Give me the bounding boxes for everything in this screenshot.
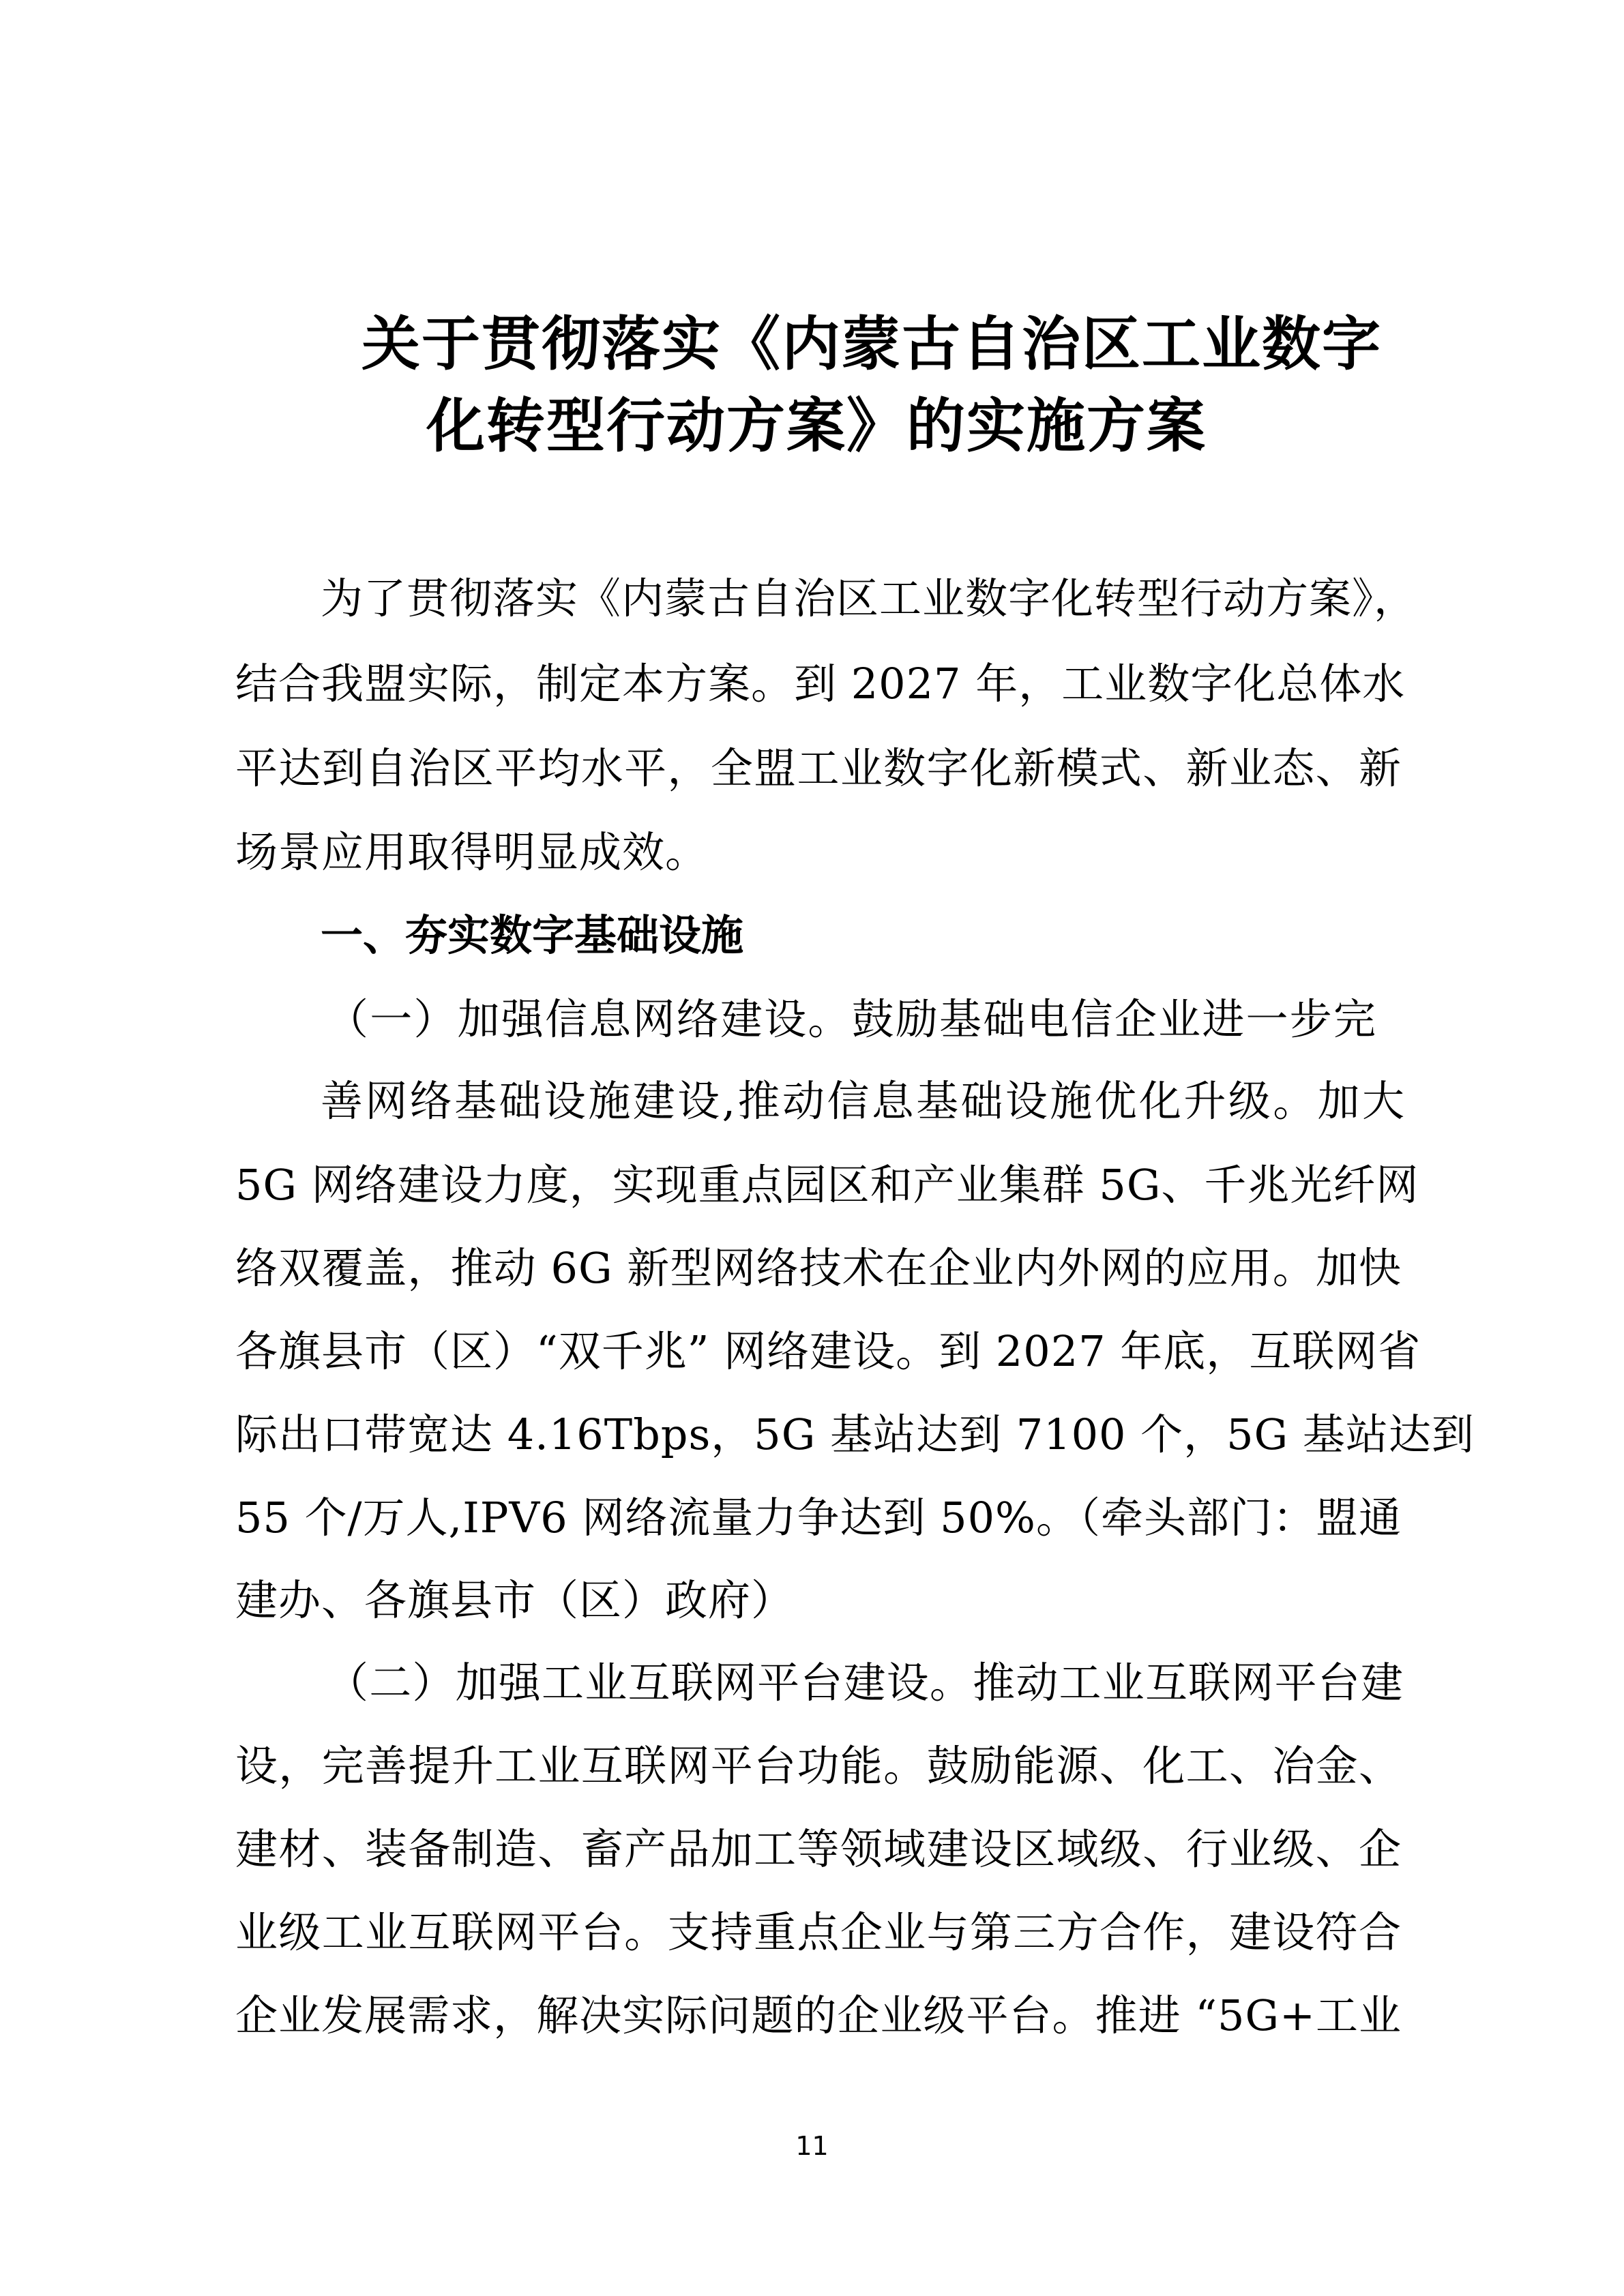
item2-line: （二）加强工业互联网平台建设。推动工业互联网平台建 xyxy=(326,1656,1404,1710)
document-title-line-2: 化转型行动方案》的实施方案 xyxy=(426,392,1207,460)
intro-line: 场景应用取得明显成效。 xyxy=(235,825,1402,880)
item1-line: 善网络基础设施建设,推动信息基础设施优化升级。加大 xyxy=(321,1074,1405,1129)
page-number: 11 xyxy=(0,2131,1624,2161)
item1-line: 5G 网络建设力度，实现重点园区和产业集群 5G、千兆光纤网 xyxy=(235,1158,1402,1212)
intro-line: 结合我盟实际，制定本方案。到 2027 年，工业数字化总体水 xyxy=(235,657,1402,711)
section-heading: 一、夯实数字基础设施 xyxy=(321,908,743,963)
item1-line: 各旗县市（区）“双千兆” 网络建设。到 2027 年底，互联网省 xyxy=(235,1324,1402,1379)
intro-line: 平达到自治区平均水平，全盟工业数字化新模式、新业态、新 xyxy=(235,741,1402,796)
item1-line: 际出口带宽达 4.16Tbps，5G 基站达到 7100 个，5G 基站达到 xyxy=(235,1407,1402,1462)
item2-line: 建材、装备制造、畜产品加工等领域建设区域级、行业级、企 xyxy=(235,1822,1402,1877)
item2-line: 企业发展需求，解决实际问题的企业级平台。推进 “5G+工业 xyxy=(235,1988,1402,2043)
item1-line: （一）加强信息网络建设。鼓励基础电信企业进一步完 xyxy=(326,992,1376,1047)
item1-line: 络双覆盖，推动 6G 新型网络技术在企业内外网的应用。加快 xyxy=(235,1241,1402,1296)
item2-line: 设，完善提升工业互联网平台功能。鼓励能源、化工、冶金、 xyxy=(235,1739,1402,1793)
item1-line: 55 个/万人,IPV6 网络流量力争达到 50%。（牵头部门：盟通 xyxy=(235,1491,1402,1545)
item1-line: 建办、各旗县市（区）政府） xyxy=(235,1573,1402,1628)
item2-line: 业级工业互联网平台。支持重点企业与第三方合作，建设符合 xyxy=(235,1905,1402,1960)
intro-line: 为了贯彻落实《内蒙古自治区工业数字化转型行动方案》， xyxy=(321,571,1405,626)
document-title-line-1: 关于贯彻落实《内蒙古自治区工业数字 xyxy=(361,310,1382,378)
